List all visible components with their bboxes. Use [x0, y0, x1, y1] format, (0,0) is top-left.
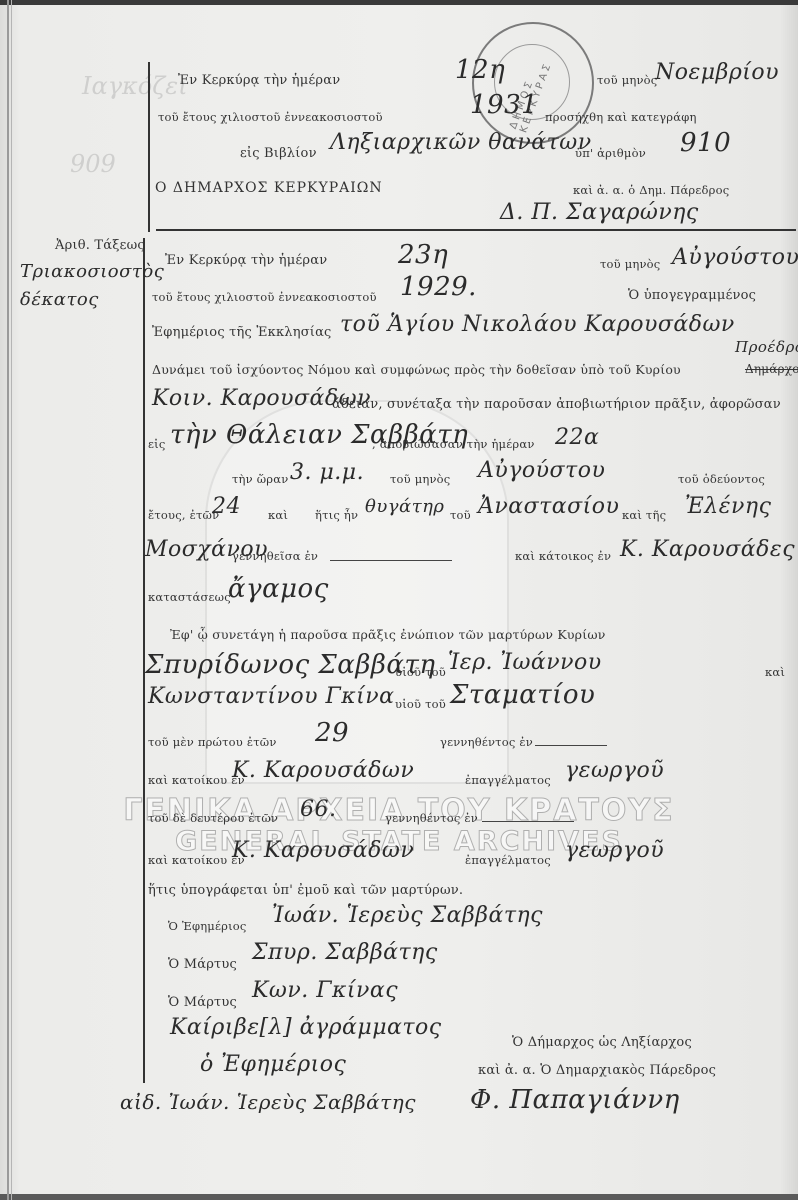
mayor-title: Ο ΔΗΜΑΡΧΟΣ ΚΕΡΚΥΡΑΙΩΝ: [155, 180, 383, 196]
father-label: τοῦ: [450, 508, 471, 522]
witnesses-intro: Ἐφ' ᾧ συνετάγη ἡ παροῦσα πρᾶξις ἐνώπιον …: [170, 627, 606, 642]
registrar-signature: Φ. Παπαγιάννη: [470, 1085, 680, 1115]
priest-final-signature: αἰδ. Ἰωάν. Ἱερεὺς Σαββάτης: [120, 1090, 416, 1114]
order-number-label: Ἀριθ. Τάξεως: [55, 238, 145, 253]
witness1-age: 29: [315, 718, 349, 748]
act-month-label: τοῦ μηνὸς: [600, 257, 660, 271]
witness2-sig-label: Ὁ Μάρτυς: [168, 995, 237, 1010]
act-place-day-label: Ἐν Κερκύρᾳ τὴν ἡμέραν: [165, 253, 327, 268]
illiterate-note: Καίριβε[λ] ἀγράμματος: [170, 1015, 442, 1040]
witness1-signature: Σπυρ. Σαββάτης: [252, 940, 438, 965]
act-year-label: τοῦ ἔτους χιλιοστοῦ ἐννεακοσιοστοῦ: [152, 290, 377, 304]
father-name: Ἀναστασίου: [478, 494, 619, 519]
status-label: καταστάσεως: [148, 590, 231, 604]
witness2-name: Κωνσταντίνου Γκίνα: [148, 684, 395, 709]
act-year: 1929.: [400, 272, 477, 302]
witness2-resident-label: καὶ κατοίκου ἐν: [148, 853, 245, 867]
marital-status: ἄγαμος: [228, 574, 329, 604]
header-place-day-label: Ἐν Κερκύρᾳ τὴν ἡμέραν: [178, 73, 340, 88]
witness2-father: Σταματίου: [450, 680, 595, 710]
witness1-profession: γεωργοῦ: [565, 758, 664, 783]
priest-signature: Ἰωάν. Ἱερεὺς Σαββάτης: [272, 903, 543, 928]
priest-sig-label: Ὁ Ἐφημέριος: [168, 919, 247, 933]
document-page: Ιαγκόζει 909 ΔΗΜΟΣ ΚΕΡΚΥΡΑΣ Ἐν Κερκύρᾳ τ…: [0, 0, 798, 1200]
mother-label: καὶ τῆς: [622, 508, 666, 522]
death-day: 22α: [555, 425, 599, 450]
death-hour: 3. μ.μ.: [290, 460, 364, 485]
act-day: 23η: [398, 240, 448, 270]
header-vertical-rule: [148, 62, 150, 232]
page-top-edge: [0, 0, 798, 5]
header-month: Νοεμβρίου: [655, 60, 779, 85]
deceased-age: 24: [212, 494, 241, 519]
witness2-age-label: τοῦ δὲ δευτέρου ἐτῶν: [148, 811, 278, 825]
witness1-born-label: γεννηθέντος ἐν: [440, 735, 533, 749]
age-label: ἔτους, ἐτῶν: [148, 508, 219, 522]
witness2-son-of-label: υἱοῦ τοῦ: [395, 697, 446, 711]
priest-label: Ἐφημέριος τῆς Ἐκκλησίας: [152, 325, 332, 340]
header-year: 1931: [470, 90, 538, 120]
church-name: τοῦ Ἁγίου Νικολάου Καρουσάδων: [340, 312, 735, 337]
born-place-blank: [330, 560, 452, 561]
registrar-deputy-label: καὶ ἀ. α. Ὁ Δημαρχιακὸς Πάρεδρος: [478, 1063, 716, 1078]
witness1-age-label: τοῦ μὲν πρώτου ἐτῶν: [148, 735, 277, 749]
born-label: γεννηθεῖσα ἐν: [232, 549, 318, 563]
died-label: , ἀποβιώσασαν τὴν ἡμέραν: [372, 437, 535, 451]
death-month: Αὐγούστου: [478, 458, 605, 483]
witness2-age: 66.: [300, 797, 337, 822]
resident-label: καὶ κάτοικος ἐν: [515, 549, 611, 563]
witness2-profession-label: ἐπαγγέλματος: [465, 853, 551, 867]
closing-text: ἥτις ὑπογράφεται ὑπ' ἐμοῦ καὶ τῶν μαρτύρ…: [148, 883, 463, 898]
bleedthrough-number: 909: [70, 150, 116, 178]
relation: θυγάτηρ: [365, 496, 445, 517]
witness1-son-of-label: υἱοῦ τοῦ: [395, 665, 446, 679]
header-number-label: ὑπ' ἀριθμὸν: [575, 146, 646, 160]
and-label: καὶ: [268, 508, 288, 522]
header-year-label: τοῦ ἔτους χιλιοστοῦ ἐννεακοσιοστοῦ: [158, 110, 383, 124]
header-book: Ληξιαρχικῶν θανάτων: [330, 130, 592, 155]
mother-first-name: Ἐλένης: [685, 494, 771, 519]
act-month: Αὐγούστου: [672, 245, 798, 270]
witness2-resident: Κ. Καρουσάδων: [232, 838, 414, 863]
bleedthrough-text: Ιαγκόζει: [82, 72, 188, 100]
witness1-name: Σπυρίδωνος Σαββάτη: [145, 650, 435, 680]
deputy-label: καὶ ἀ. α. ὁ Δημ. Πάρεδρος: [573, 183, 729, 197]
relation-prefix: ἥτις ἦν: [315, 508, 358, 522]
page-bottom-edge: [0, 1194, 798, 1200]
authority-struck: Δημάρχου: [745, 362, 798, 376]
header-month-label: τοῦ μηνὸς: [597, 73, 657, 87]
permit-text: ἄδειαν, συνέταξα τὴν παροῦσαν ἀποβιωτήρι…: [332, 397, 781, 412]
hour-label: τὴν ὥραν: [232, 472, 288, 486]
registrar-label: Ὁ Δήμαρχος ὡς Ληξίαρχος: [512, 1035, 692, 1050]
undersigned-label: Ὁ ὑπογεγραμμένος: [628, 288, 756, 303]
witness2-signature: Κων. Γκίνας: [252, 978, 398, 1003]
witness1-trailing: καὶ: [765, 665, 785, 679]
witness1-profession-label: ἐπαγγέλματος: [465, 773, 551, 787]
order-number: Τριακοσιοστὸς δέκατος: [20, 258, 140, 314]
witness1-resident-label: καὶ κατοίκου ἐν: [148, 773, 245, 787]
witness1-sig-label: Ὁ Μάρτυς: [168, 957, 237, 972]
witness2-born-label: γεννηθέντος ἐν: [385, 811, 478, 825]
authority-correction: Προέδρου: [735, 338, 798, 356]
current-year-label: τοῦ ὁδεύοντος: [678, 472, 765, 486]
witness2-profession: γεωργοῦ: [565, 838, 664, 863]
header-divider: [156, 229, 796, 231]
priest-note: ὁ Ἐφημέριος: [200, 1052, 346, 1077]
authority-text: Δυνάμει τοῦ ἰσχύοντος Νόμου καὶ συμφώνως…: [152, 362, 681, 377]
witness1-resident: Κ. Καρουσάδων: [232, 758, 414, 783]
header-registered-label: προσήχθη καὶ κατεγράφη: [545, 110, 697, 124]
subject-prefix: εἰς: [148, 437, 166, 451]
witness2-born-blank: [482, 821, 574, 822]
witness1-father: Ἱερ. Ἰωάννου: [448, 650, 602, 675]
witness1-born-blank: [535, 745, 607, 746]
header-day: 12η: [455, 55, 505, 85]
header-book-label: εἰς Βιβλίον: [240, 146, 317, 161]
resident-place: Κ. Καρουσάδες: [620, 537, 795, 562]
binding-rule-inner: [11, 0, 12, 1200]
header-number: 910: [680, 128, 731, 158]
death-month-label: τοῦ μηνὸς: [390, 472, 450, 486]
binding-rule: [7, 0, 9, 1200]
deputy-signature: Δ. Π. Σαγαρώνης: [500, 200, 699, 225]
